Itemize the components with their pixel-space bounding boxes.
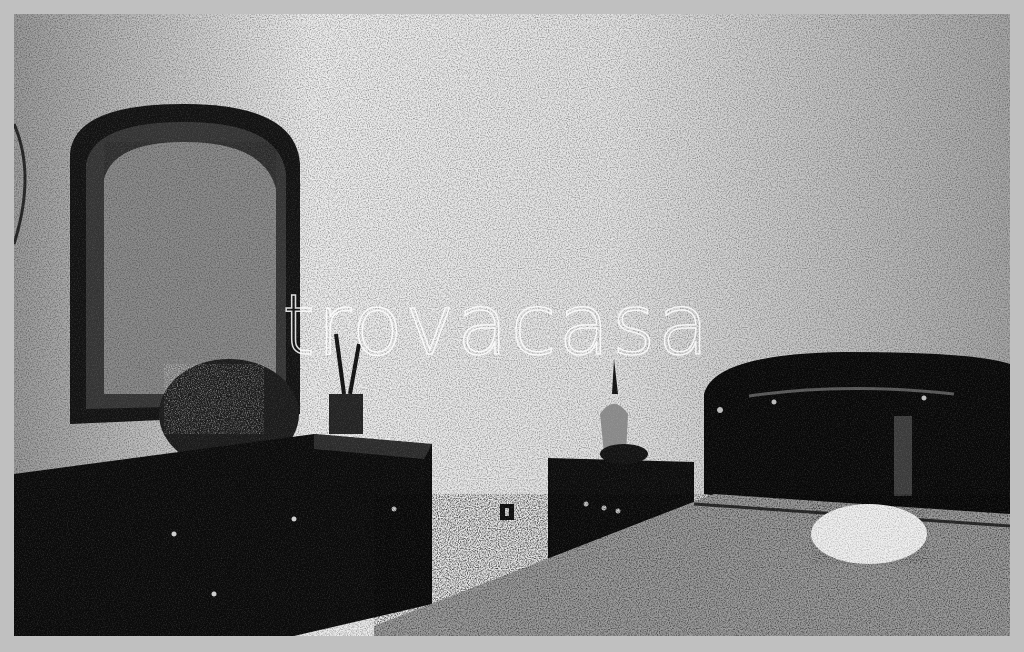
bedroom-scene [14,14,1010,636]
bedroom-photo: trovacasa [14,14,1010,636]
